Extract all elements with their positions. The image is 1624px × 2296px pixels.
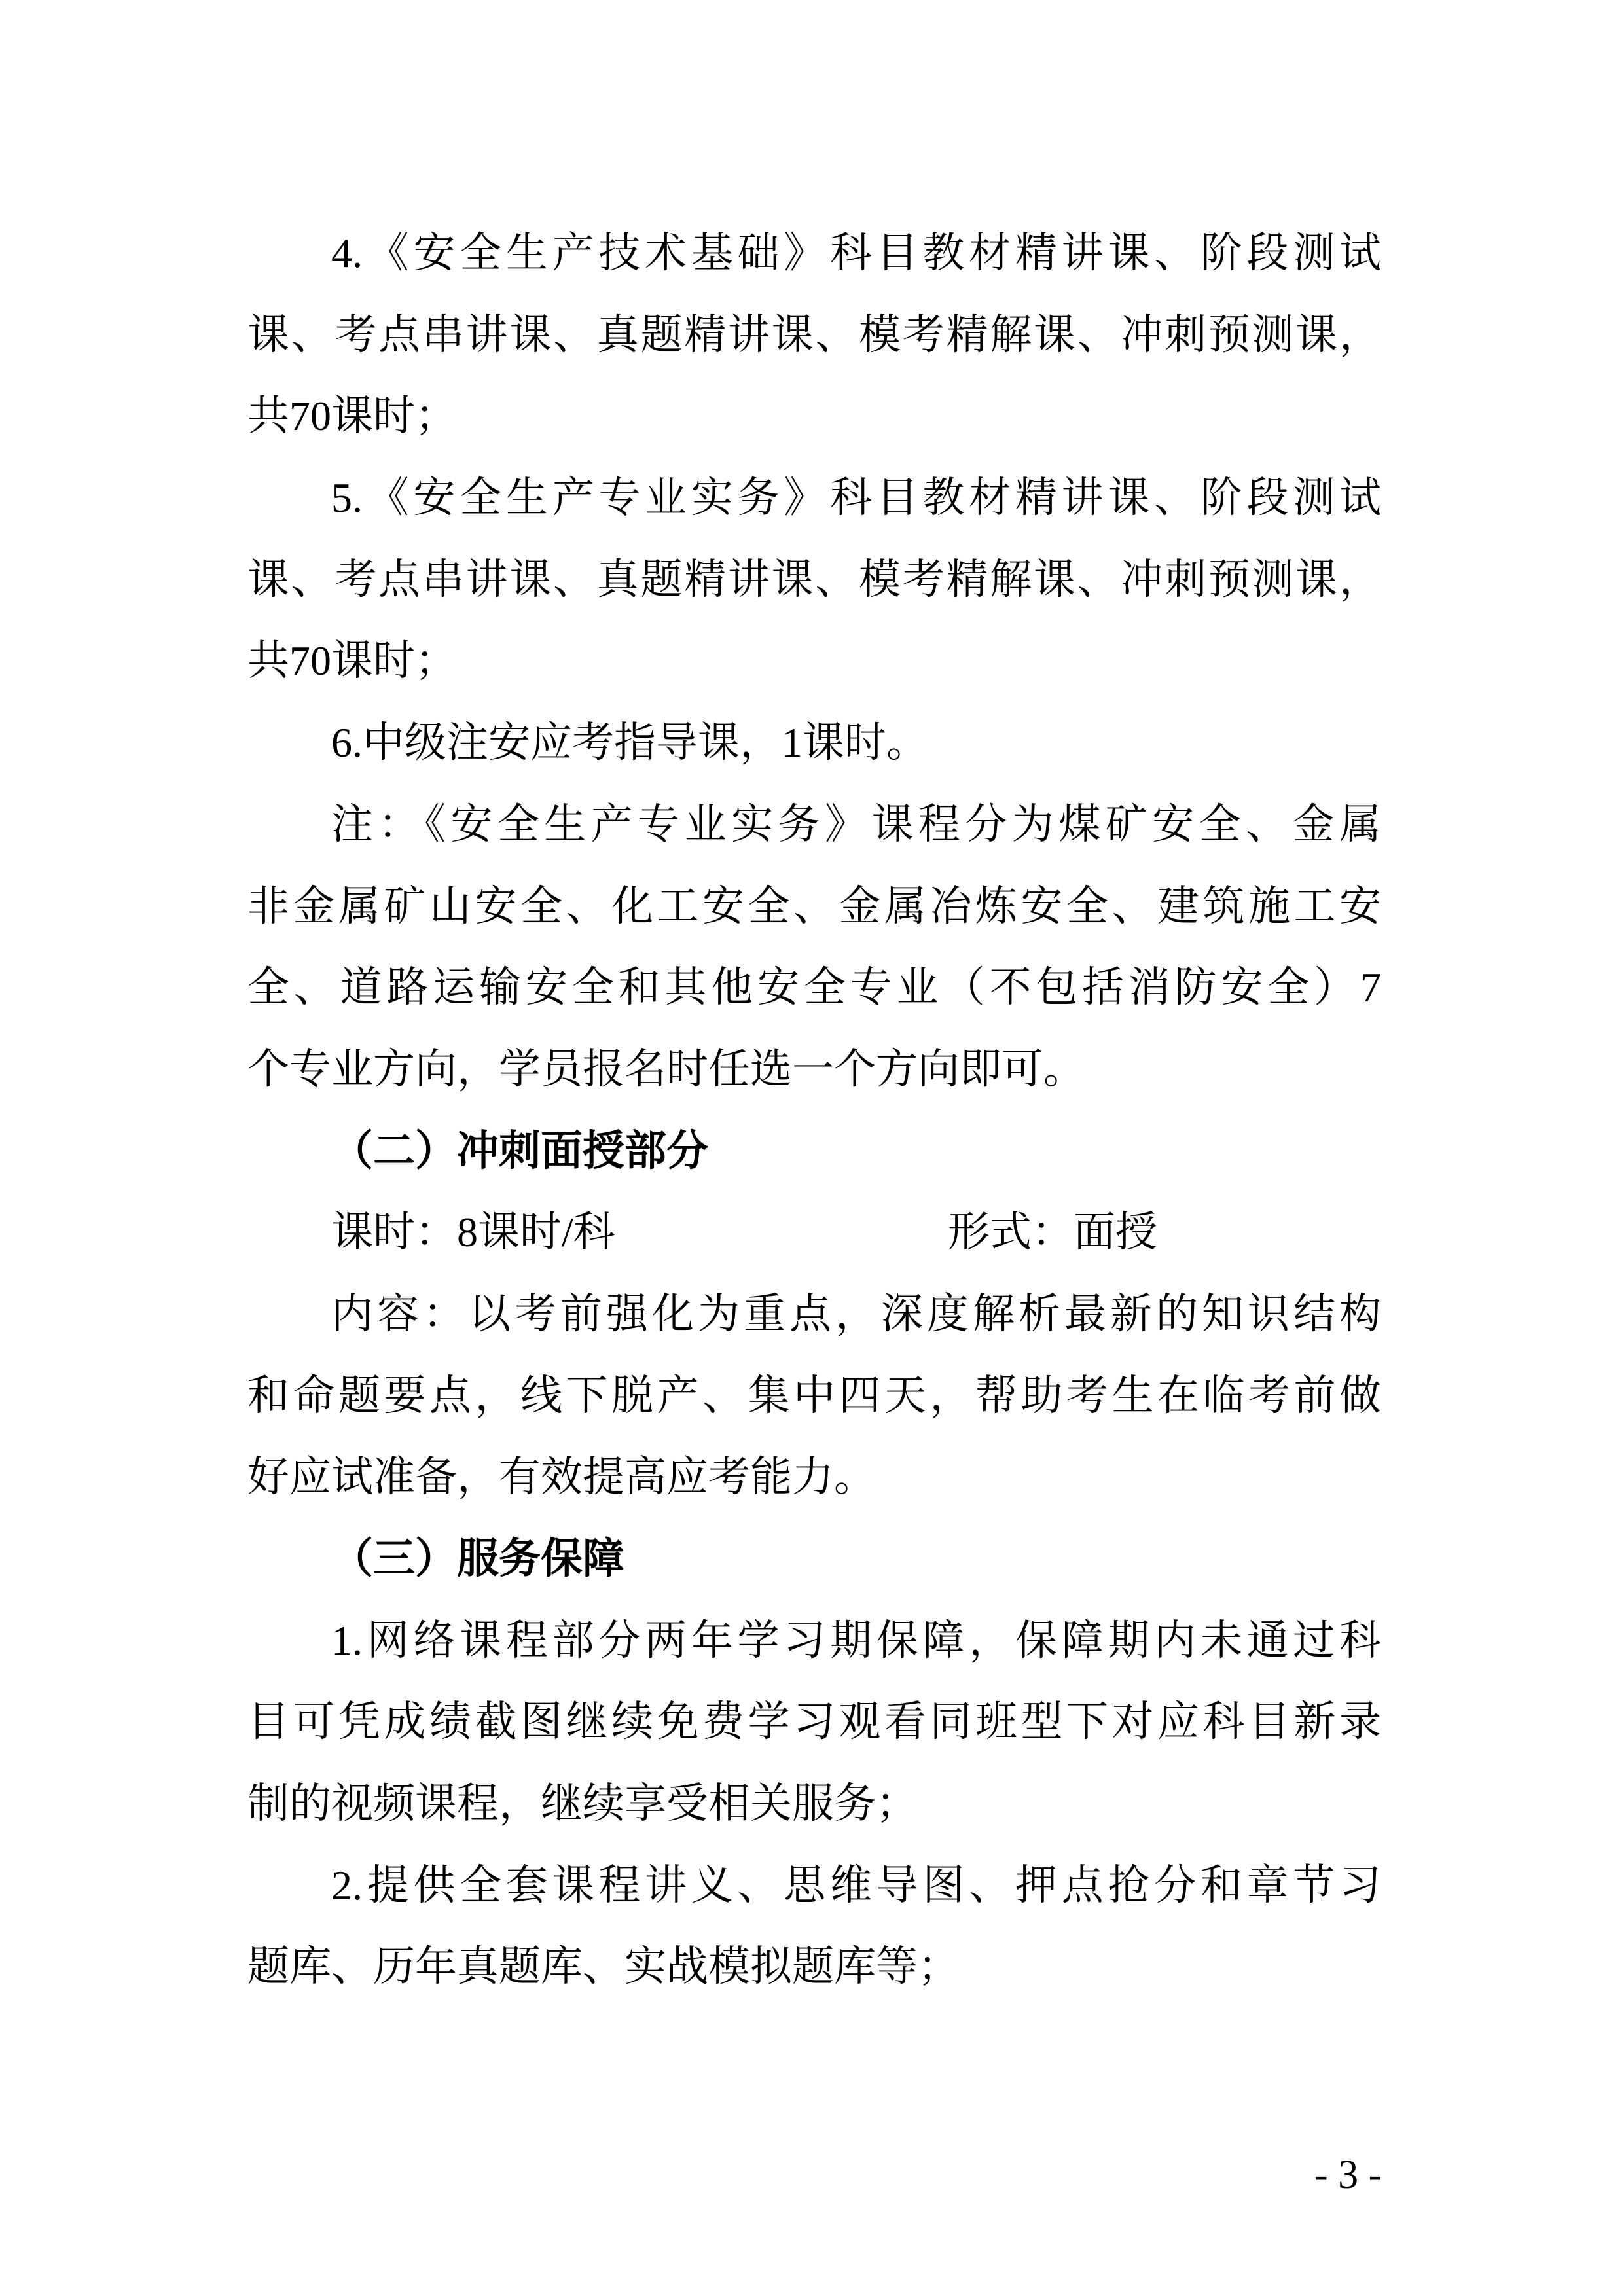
content-line-1: 内容：以考前强化为重点，深度解析最新的知识结构: [247, 1274, 1381, 1355]
note-line-2: 非金属矿山安全、化工安全、金属冶炼安全、建筑施工安: [247, 866, 1381, 948]
content-line-3: 好应试准备，有效提高应考能力。: [247, 1437, 1381, 1518]
document-page: 4.《安全生产技术基础》科目教材精讲课、阶段测试 课、考点串讲课、真题精讲课、模…: [0, 0, 1624, 2296]
page-number: - 3 -: [1314, 2149, 1386, 2201]
service1-line-2: 目可凭成绩截图继续免费学习观看同班型下对应科目新录: [247, 1681, 1381, 1763]
heading-service-guarantee: （三）服务保障: [247, 1518, 1381, 1600]
schedule-line: 课时：8课时/科 形式：面授: [247, 1192, 1381, 1274]
class-hours-label: 课时：8课时/科: [331, 1209, 615, 1255]
service1-line-3: 制的视频课程，继续享受相关服务；: [247, 1763, 1381, 1845]
service1-line-1: 1.网络课程部分两年学习期保障，保障期内未通过科: [247, 1600, 1381, 1682]
heading-sprint-face-to-face: （二）冲刺面授部分: [247, 1111, 1381, 1193]
note-line-1: 注：《安全生产专业实务》课程分为煤矿安全、金属: [247, 784, 1381, 866]
item5-line-2: 课、考点串讲课、真题精讲课、模考精解课、冲刺预测课，: [247, 539, 1381, 621]
item4-line-2: 课、考点串讲课、真题精讲课、模考精解课、冲刺预测课，: [247, 295, 1381, 376]
item5-line-3: 共70课时；: [247, 620, 1381, 702]
class-format-label: 形式：面授: [864, 1192, 1157, 1274]
page-body: 4.《安全生产技术基础》科目教材精讲课、阶段测试 课、考点串讲课、真题精讲课、模…: [247, 213, 1381, 2008]
item6-line-1: 6.中级注安应考指导课，1课时。: [247, 702, 1381, 784]
item4-line-3: 共70课时；: [247, 376, 1381, 457]
item4-line-1: 4.《安全生产技术基础》科目教材精讲课、阶段测试: [247, 213, 1381, 295]
note-line-4: 个专业方向，学员报名时任选一个方向即可。: [247, 1029, 1381, 1111]
service2-line-1: 2.提供全套课程讲义、思维导图、押点抢分和章节习: [247, 1845, 1381, 1927]
content-line-2: 和命题要点，线下脱产、集中四天，帮助考生在临考前做: [247, 1355, 1381, 1437]
item5-line-1: 5.《安全生产专业实务》科目教材精讲课、阶段测试: [247, 457, 1381, 539]
note-line-3: 全、道路运输安全和其他安全专业（不包括消防安全）7: [247, 947, 1381, 1029]
service2-line-2: 题库、历年真题库、实战模拟题库等；: [247, 1926, 1381, 2008]
